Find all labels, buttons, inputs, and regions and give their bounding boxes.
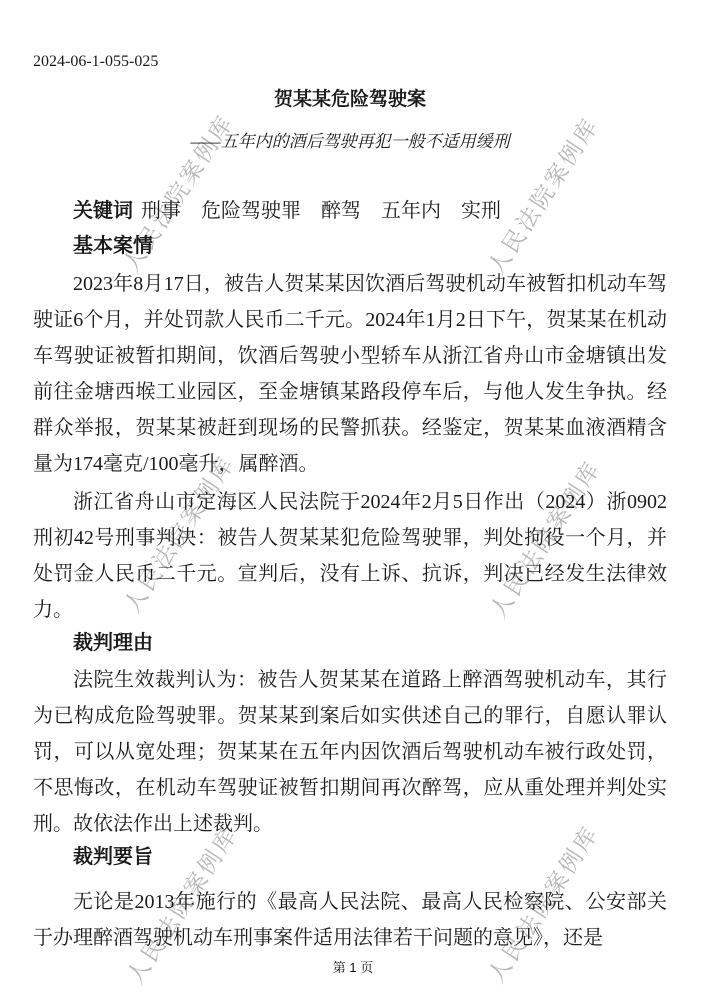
document-content: 2024-06-1-055-025 贺某某危险驾驶案 ——五年内的酒后驾驶再犯一…: [0, 0, 706, 956]
paragraph-basic-facts-2: 浙江省舟山市定海区人民法院于2024年2月5日作出（2024）浙0902刑初42…: [33, 484, 667, 628]
paragraph-judgment-gist: 无论是2013年施行的《最高人民法院、最高人民检察院、公安部关于办理醉酒驾驶机动…: [33, 884, 667, 956]
case-title: 贺某某危险驾驶案: [33, 87, 667, 113]
keywords-label: 关键词: [73, 200, 133, 222]
section-heading-judgment-gist: 裁判要旨: [33, 844, 667, 870]
case-number: 2024-06-1-055-025: [33, 52, 667, 72]
paragraph-judgment-reasons: 法院生效裁判认为：被告人贺某某在道路上醉酒驾驶机动车，其行为已构成危险驾驶罪。贺…: [33, 662, 667, 842]
paragraph-basic-facts-1: 2023年8月17日，被告人贺某某因饮酒后驾驶机动车被暂扣机动车驾驶证6个月，并…: [33, 266, 667, 482]
document-page: 人民法院案例库 人民法院案例库 人民法院案例库 人民法院案例库 人民法院案例库 …: [0, 0, 706, 999]
page-number: 第 1 页: [0, 957, 706, 976]
keywords-line: 关键词刑事 危险驾驶罪 醉驾 五年内 实刑: [33, 198, 667, 224]
section-heading-basic-facts: 基本案情: [33, 233, 667, 259]
case-subtitle: ——五年内的酒后驾驶再犯一般不适用缓刑: [33, 130, 667, 154]
keywords-values: 刑事 危险驾驶罪 醉驾 五年内 实刑: [141, 200, 501, 222]
section-heading-judgment-reasons: 裁判理由: [33, 630, 667, 656]
